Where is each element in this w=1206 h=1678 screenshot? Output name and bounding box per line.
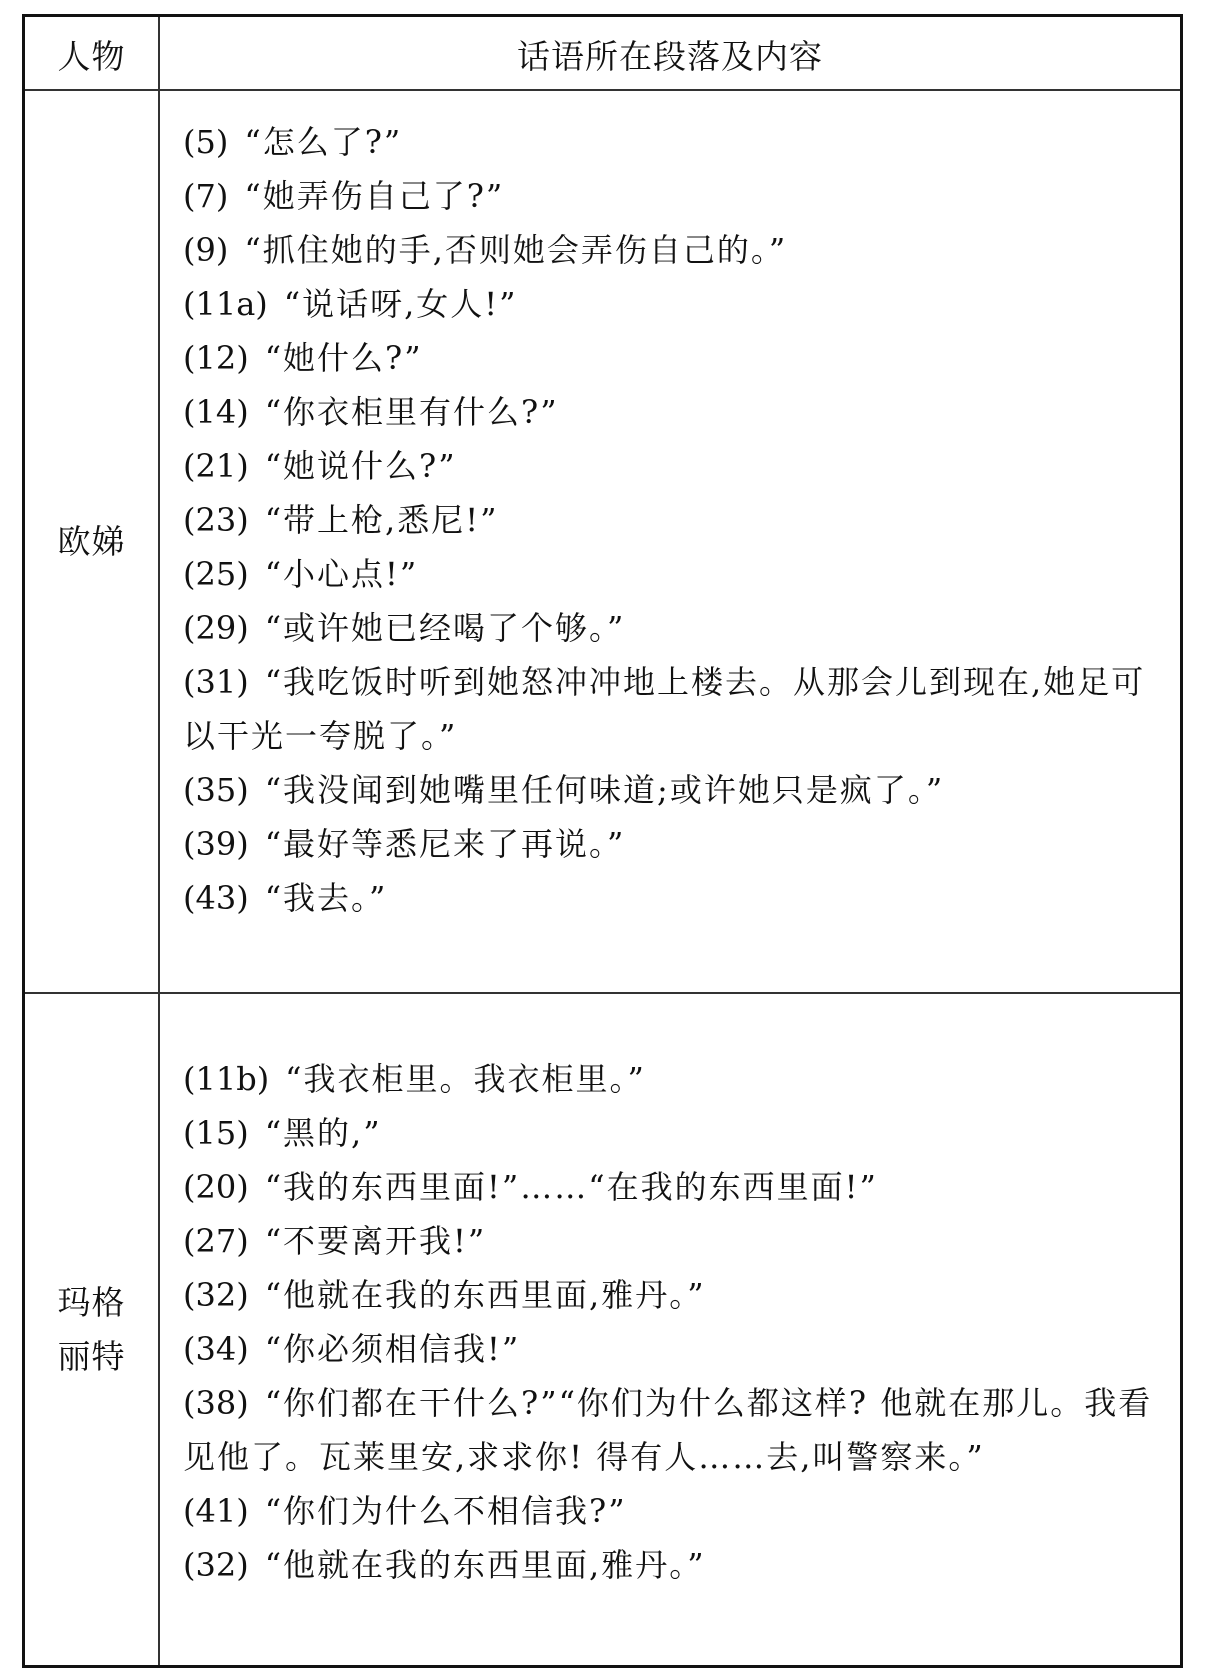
paragraph-number: (25) (183, 547, 249, 601)
quote-line: (32)“他就在我的东西里面,雅丹。” (183, 1268, 1166, 1322)
paragraph-number: (21) (183, 439, 249, 493)
paragraph-number: (5) (183, 115, 228, 169)
paragraph-number: (12) (183, 331, 249, 385)
quote-text: “你衣柜里有什么?” (265, 393, 559, 431)
quote-line: (25)“小心点!” (183, 547, 1166, 601)
paragraph-number: (41) (183, 1484, 249, 1538)
quote-line: (32)“他就在我的东西里面,雅丹。” (183, 1538, 1166, 1592)
quotes-cell-oudi: (5)“怎么了?” (7)“她弄伤自己了?” (9)“抓住她的手,否则她会弄伤自… (183, 115, 1166, 925)
quote-text: “不要离开我!” (265, 1222, 487, 1260)
quote-text: “他就在我的东西里面,雅丹。” (265, 1276, 706, 1314)
column-divider (158, 17, 160, 1665)
quote-text: “你们为什么不相信我?” (265, 1492, 627, 1530)
quote-text: “她弄伤自己了?” (244, 177, 504, 215)
dialogue-table: 人物 话语所在段落及内容 欧娣 (5)“怎么了?” (7)“她弄伤自己了?” (… (22, 14, 1183, 1668)
quote-line: (34)“你必须相信我!” (183, 1322, 1166, 1376)
quotes-cell-margaret: (11b)“我衣柜里。我衣柜里。” (15)“黑的,” (20)“我的东西里面!… (183, 1052, 1166, 1592)
quote-line: (35)“我没闻到她嘴里任何味道;或许她只是疯了。” (183, 763, 1166, 817)
quote-text: “或许她已经喝了个够。” (265, 609, 626, 647)
quote-line: (9)“抓住她的手,否则她会弄伤自己的。” (183, 223, 1166, 277)
paragraph-number: (31) (183, 655, 249, 709)
quote-text: “你们都在干什么?”“你们为什么都这样? 他就在那儿。我看见他了。瓦莱里安,求求… (183, 1384, 1152, 1476)
quote-line: (5)“怎么了?” (183, 115, 1166, 169)
quote-text: “我衣柜里。我衣柜里。” (285, 1060, 646, 1098)
quote-line: (39)“最好等悉尼来了再说。” (183, 817, 1166, 871)
quote-text: “黑的,” (265, 1114, 382, 1152)
quote-line: (11a)“说话呀,女人!” (183, 277, 1166, 331)
quote-line: (14)“你衣柜里有什么?” (183, 385, 1166, 439)
paragraph-number: (23) (183, 493, 249, 547)
row-divider (25, 992, 1180, 994)
quote-line: (38)“你们都在干什么?”“你们为什么都这样? 他就在那儿。我看见他了。瓦莱里… (183, 1376, 1166, 1484)
paragraph-number: (29) (183, 601, 249, 655)
person-cell-oudi: 欧娣 (25, 91, 158, 992)
quote-line: (43)“我去。” (183, 871, 1166, 925)
quote-line: (41)“你们为什么不相信我?” (183, 1484, 1166, 1538)
paragraph-number: (35) (183, 763, 249, 817)
quote-text: “你必须相信我!” (265, 1330, 521, 1368)
quote-text: “说话呀,女人!” (284, 285, 518, 323)
quote-line: (20)“我的东西里面!”……“在我的东西里面!” (183, 1160, 1166, 1214)
paragraph-number: (11a) (183, 277, 268, 331)
quote-line: (7)“她弄伤自己了?” (183, 169, 1166, 223)
person-name: 玛格丽特 (57, 1276, 127, 1384)
quote-line: (11b)“我衣柜里。我衣柜里。” (183, 1052, 1166, 1106)
paragraph-number: (9) (183, 223, 228, 277)
quote-line: (31)“我吃饭时听到她怒冲冲地上楼去。从那会儿到现在,她足可以干光一夸脱了。” (183, 655, 1166, 763)
quote-line: (29)“或许她已经喝了个够。” (183, 601, 1166, 655)
quote-text: “我的东西里面!”……“在我的东西里面!” (265, 1168, 878, 1206)
paragraph-number: (11b) (183, 1052, 269, 1106)
paragraph-number: (34) (183, 1322, 249, 1376)
paragraph-number: (39) (183, 817, 249, 871)
paragraph-number: (14) (183, 385, 249, 439)
paragraph-number: (38) (183, 1376, 249, 1430)
quote-text: “小心点!” (265, 555, 419, 593)
paragraph-number: (32) (183, 1268, 249, 1322)
paragraph-number: (27) (183, 1214, 249, 1268)
quote-text: “带上枪,悉尼!” (265, 501, 499, 539)
paragraph-number: (32) (183, 1538, 249, 1592)
quote-line: (15)“黑的,” (183, 1106, 1166, 1160)
quote-text: “最好等悉尼来了再说。” (265, 825, 626, 863)
person-name: 欧娣 (57, 515, 127, 569)
quote-text: “抓住她的手,否则她会弄伤自己的。” (244, 231, 787, 269)
quote-line: (21)“她说什么?” (183, 439, 1166, 493)
paragraph-number: (7) (183, 169, 228, 223)
quote-text: “我没闻到她嘴里任何味道;或许她只是疯了。” (265, 771, 945, 809)
header-person: 人物 (25, 17, 158, 92)
person-cell-margaret: 玛格丽特 (25, 994, 158, 1665)
quote-text: “她什么?” (265, 339, 423, 377)
quote-text: “她说什么?” (265, 447, 457, 485)
paragraph-number: (20) (183, 1160, 249, 1214)
quote-text: “他就在我的东西里面,雅丹。” (265, 1546, 706, 1584)
quote-line: (12)“她什么?” (183, 331, 1166, 385)
quote-text: “我吃饭时听到她怒冲冲地上楼去。从那会儿到现在,她足可以干光一夸脱了。” (183, 663, 1145, 755)
paragraph-number: (43) (183, 871, 249, 925)
header-content: 话语所在段落及内容 (160, 17, 1180, 92)
quote-line: (23)“带上枪,悉尼!” (183, 493, 1166, 547)
quote-text: “怎么了?” (244, 123, 402, 161)
quote-line: (27)“不要离开我!” (183, 1214, 1166, 1268)
quote-text: “我去。” (265, 879, 388, 917)
paragraph-number: (15) (183, 1106, 249, 1160)
